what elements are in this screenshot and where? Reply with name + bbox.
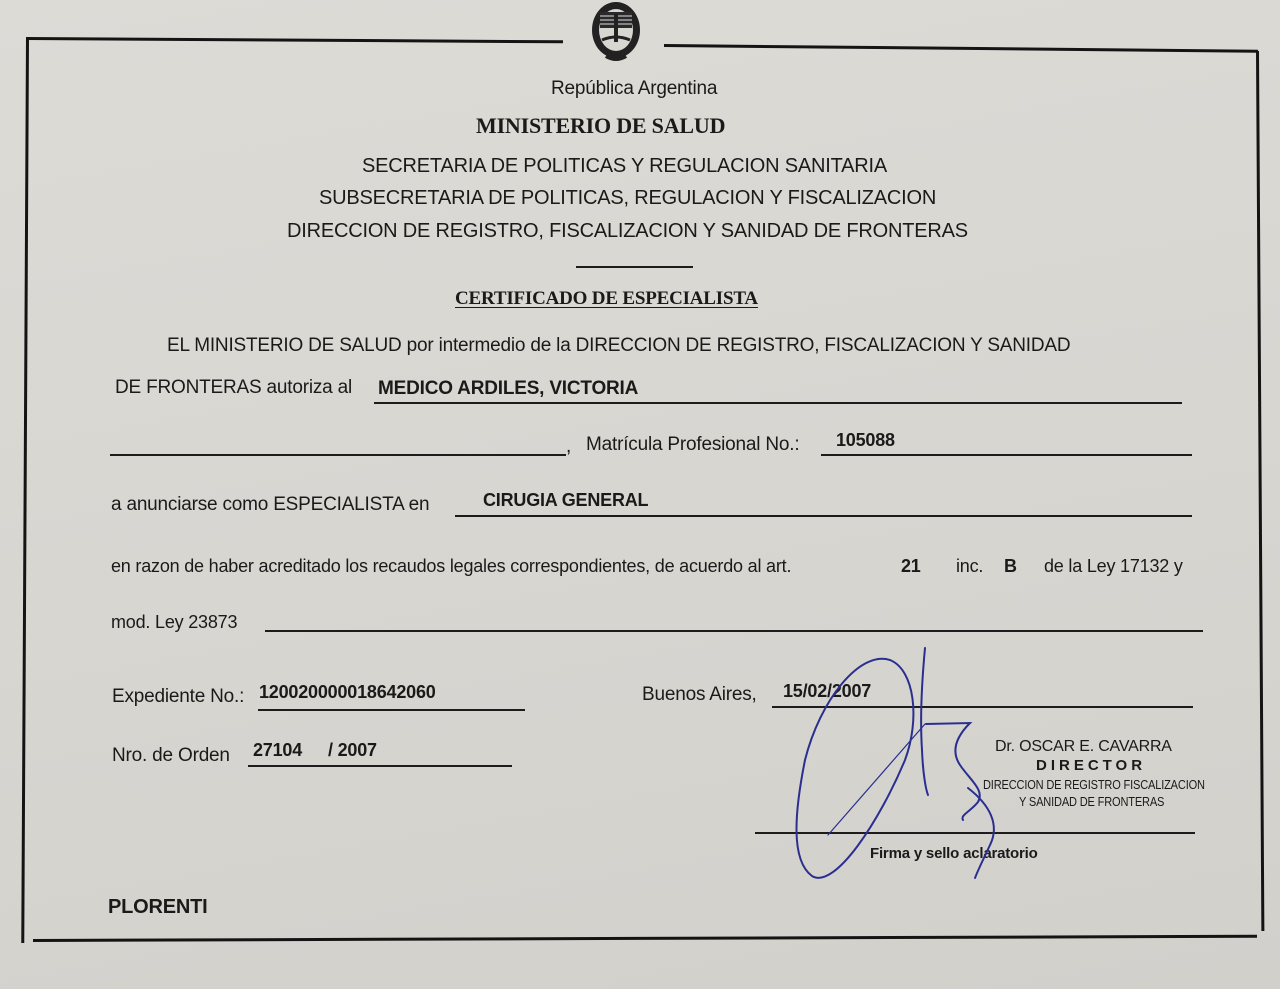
specialist-prefix: a anunciarse como ESPECIALISTA en [111,494,429,516]
signature-caption: Firma y sello aclaratorio [870,845,1038,862]
doctor-name-field: MEDICO ARDILES, VICTORIA [378,378,638,400]
orden-label: Nro. de Orden [112,745,230,767]
city-label: Buenos Aires, [642,684,757,706]
ministry-name: MINISTERIO DE SALUD [476,113,725,139]
comma: , [566,436,571,458]
mod-law: mod. Ley 23873 [111,612,237,633]
expediente-value: 12002000001864206​0 [259,682,436,703]
frame-right [1256,51,1264,931]
coat-of-arms-icon [588,0,644,64]
signer-dept-1: DIRECCION DE REGISTRO FISCALIZACION [983,777,1205,792]
orden-underline [248,765,512,767]
law-text: de la Ley 17132 y [1044,556,1183,577]
matricula-label: Matrícula Profesional No.: [586,434,799,456]
country-name: República Argentina [551,78,717,100]
date-underline [772,706,1193,708]
signer-title: DIRECTOR [1036,757,1146,774]
frame-top-right [664,44,1258,53]
specialty-value: CIRUGIA GENERAL [483,490,648,511]
doctor-name-underline [374,402,1182,404]
subsecretariat-name: SUBSECRETARIA DE POLITICAS, REGULACION Y… [319,187,936,210]
expediente-label: Expediente No.: [112,686,244,708]
operator-initials: PLORENTI [108,896,208,919]
frame-top-left [26,37,563,43]
matricula-underline [821,454,1192,456]
header-divider [576,266,693,268]
legal-text: en razon de haber acreditado los recaudo… [111,556,791,577]
inc-value: B [1004,556,1017,577]
orden-number: 27104 [253,740,302,761]
matricula-value: 105088 [836,430,895,451]
certificate-title: CERTIFICADO DE ESPECIALISTA [455,288,758,310]
direction-name: DIRECCION DE REGISTRO, FISCALIZACION Y S… [287,220,968,243]
expediente-underline [258,709,525,711]
secretariat-name: SECRETARIA DE POLITICAS Y REGULACION SAN… [362,155,887,178]
body-line-1: EL MINISTERIO DE SALUD por intermedio de… [167,335,1070,357]
frame-left [21,37,29,943]
inc-label: inc. [956,556,983,577]
signer-dept-2: Y SANIDAD DE FRONTERAS [1019,794,1164,809]
signature-underline [755,832,1195,834]
specialty-underline [455,515,1192,517]
body-line-2-prefix: DE FRONTERAS autoriza al [115,377,352,399]
signer-name: Dr. OSCAR E. CAVARRA [995,738,1172,756]
mod-law-underline [265,630,1203,632]
blank-underline [110,454,566,456]
orden-year: / 2007 [328,740,377,761]
frame-bottom [33,935,1257,942]
article-value: 21 [901,556,921,577]
date-value: 15/02/2007 [783,681,871,702]
